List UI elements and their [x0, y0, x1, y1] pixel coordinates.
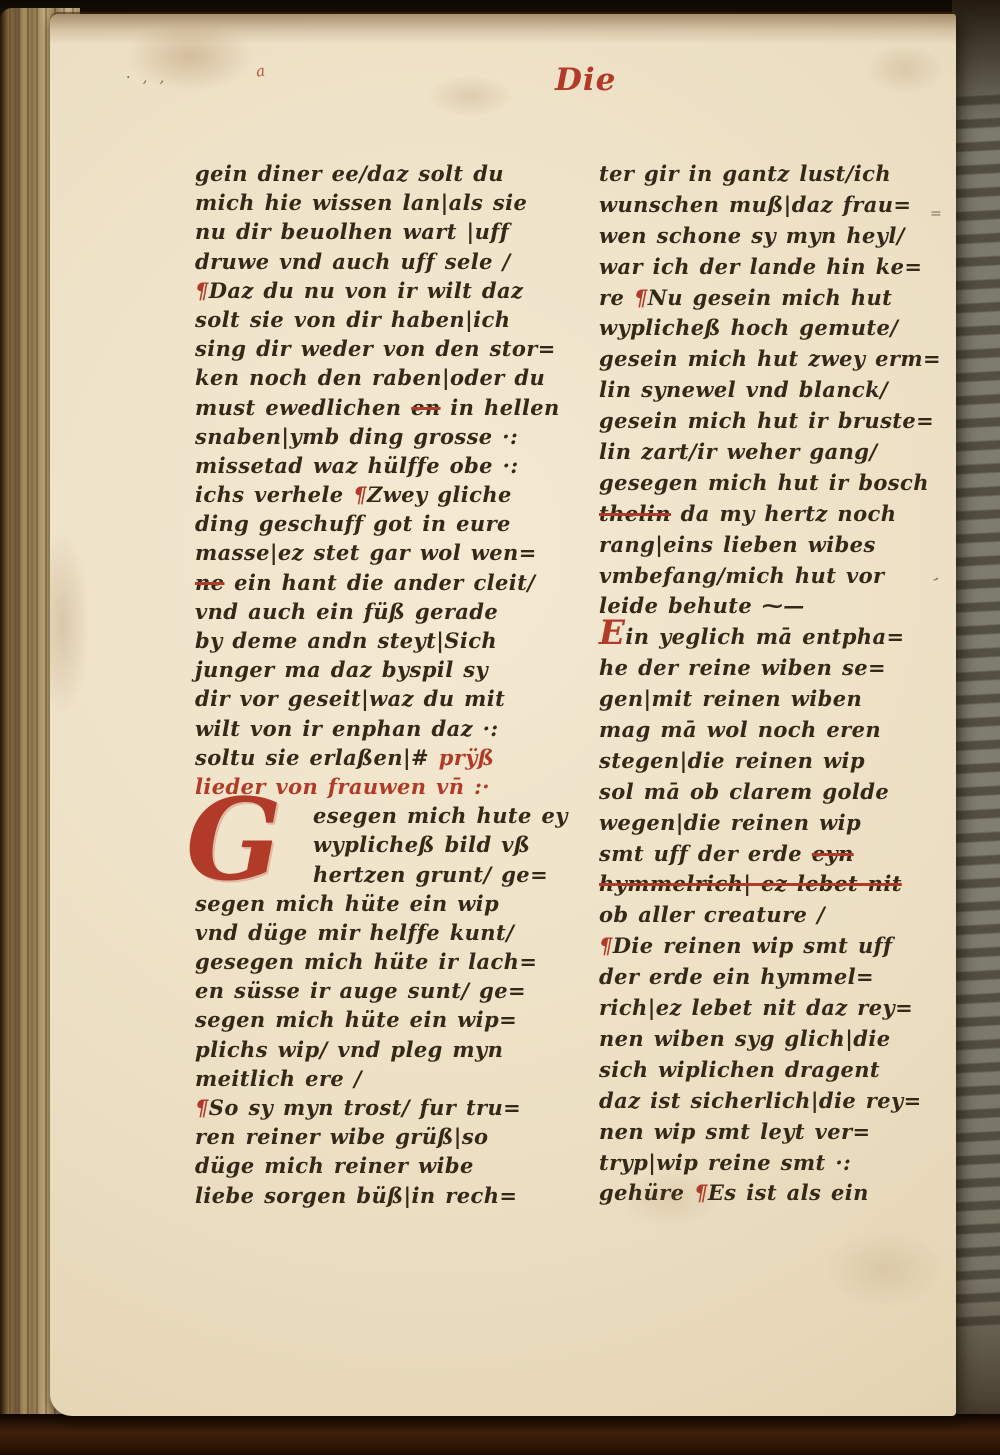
- manuscript-line: dir vor geseit|waz du mit: [195, 686, 575, 715]
- body-text: wyplicheß bild vß: [313, 832, 530, 857]
- body-text: düge mich reiner wibe: [195, 1153, 474, 1178]
- body-text: Zwey gliche: [367, 482, 512, 507]
- manuscript-line: must ewedlichen en in hellen: [195, 395, 575, 424]
- body-text: nen wiben syg glich|die: [599, 1026, 890, 1051]
- manuscript-line: meitlich ere /: [195, 1066, 575, 1095]
- manuscript-line: mich hie wissen lan|als sie: [195, 190, 575, 219]
- manuscript-line: mag mā wol noch eren: [599, 717, 969, 748]
- body-text: ob aller creature /: [599, 902, 825, 927]
- body-text: masse|ez stet gar wol wen=: [195, 540, 537, 565]
- body-text: rang|eins lieben wibes: [599, 532, 876, 557]
- body-text: snaben|ymb ding grosse ·:: [195, 424, 518, 449]
- manuscript-line: plichs wip/ vnd pleg myn: [195, 1037, 575, 1066]
- body-text: ding geschuff got in eure: [195, 511, 511, 536]
- manuscript-line: wunschen muß|daz frau=: [599, 192, 969, 223]
- manuscript-line: sich wiplichen dragent: [599, 1057, 969, 1088]
- body-text: daz ist sicherlich|die rey=: [599, 1088, 922, 1113]
- manuscript-line: junger ma daz byspil sy: [195, 657, 575, 686]
- body-text: segen mich hüte ein wip=: [195, 1007, 517, 1032]
- body-text: nu dir beuolhen wart |uff: [195, 219, 509, 244]
- manuscript-line: solt sie von dir haben|ich: [195, 307, 575, 336]
- body-text: nen wip smt leyt ver=: [599, 1119, 871, 1144]
- margin-red-mark: a: [255, 61, 266, 80]
- manuscript-line: sol mā ob clarem golde: [599, 779, 969, 810]
- table-surface: [0, 1414, 1000, 1455]
- body-text: tryp|wip reine smt ·:: [599, 1150, 851, 1175]
- manuscript-line: ob aller creature /: [599, 902, 969, 933]
- body-text: gesein mich hut ir bruste=: [599, 408, 934, 433]
- manuscript-line: der erde ein hymmel=: [599, 964, 969, 995]
- manuscript-line: wyplicheß bild vß: [313, 832, 575, 861]
- manuscript-line: masse|ez stet gar wol wen=: [195, 540, 575, 569]
- manuscript-line: snaben|ymb ding grosse ·:: [195, 424, 575, 453]
- manuscript-line: leide behute ⁓—: [599, 593, 969, 624]
- manuscript-line: soltu sie erlaßen|# prÿß: [195, 745, 575, 774]
- body-text: Daz du nu von ir wilt daz: [209, 278, 524, 303]
- body-text: re: [599, 285, 634, 310]
- body-text: junger ma daz byspil sy: [195, 657, 488, 682]
- body-text: ren reiner wibe grüß|so: [195, 1124, 488, 1149]
- manuscript-line: gesein mich hut ir bruste=: [599, 408, 969, 439]
- body-text: solt sie von dir haben|ich: [195, 307, 510, 332]
- text-column-right: ter gir in gantz lust/ichwunschen muß|da…: [599, 161, 969, 1211]
- struck-text: ne: [195, 570, 224, 595]
- manuscript-line: thelin da my hertz noch: [599, 501, 969, 532]
- rubric-text: ¶: [195, 278, 209, 303]
- manuscript-page: Die · , , a = ‚ G gein diner ee/daz solt…: [50, 14, 956, 1416]
- manuscript-line: gesegen mich hut ir bosch: [599, 470, 969, 501]
- struck-text: hymmelrich| ez lebet nit: [599, 871, 902, 896]
- manuscript-line: düge mich reiner wibe: [195, 1153, 575, 1182]
- manuscript-line: sing dir weder von den stor=: [195, 336, 575, 365]
- body-text: smt uff der erde: [599, 841, 812, 866]
- body-text: sich wiplichen dragent: [599, 1057, 880, 1082]
- manuscript-line: ichs verhele ¶Zwey gliche: [195, 482, 575, 511]
- manuscript-line: daz ist sicherlich|die rey=: [599, 1088, 969, 1119]
- running-title: Die: [555, 62, 616, 98]
- manuscript-line: missetad waz hülffe obe ·:: [195, 453, 575, 482]
- manuscript-line: ding geschuff got in eure: [195, 511, 575, 540]
- struck-text: en: [411, 395, 440, 420]
- rubric-text: ¶: [634, 285, 648, 310]
- manuscript-line: stegen|die reinen wip: [599, 748, 969, 779]
- manuscript-line: lieder von frauwen vn̄ :·: [195, 774, 575, 803]
- manuscript-line: lin zart/ir weher gang/: [599, 439, 969, 470]
- manuscript-line: lin synewel vnd blanck/: [599, 377, 969, 408]
- versal-letter: E: [599, 613, 625, 653]
- body-text: lin synewel vnd blanck/: [599, 377, 888, 402]
- body-text: missetad waz hülffe obe ·:: [195, 453, 519, 478]
- manuscript-line: Ein yeglich mā entpha=: [599, 624, 969, 655]
- body-text: in hellen: [441, 395, 560, 420]
- manuscript-line: wegen|die reinen wip: [599, 810, 969, 841]
- rubric-text: lieder von frauwen vn̄ :·: [195, 774, 490, 799]
- body-text: leide behute ⁓—: [599, 593, 805, 618]
- manuscript-line: rang|eins lieben wibes: [599, 532, 969, 563]
- body-text: rich|ez lebet nit daz rey=: [599, 995, 913, 1020]
- manuscript-line: tryp|wip reine smt ·:: [599, 1150, 969, 1181]
- body-text: vnd düge mir helffe kunt/: [195, 920, 514, 945]
- manuscript-line: liebe sorgen büß|in rech=: [195, 1183, 575, 1212]
- manuscript-line: segen mich hüte ein wip=: [195, 1007, 575, 1036]
- manuscript-line: ¶So sy myn trost/ fur tru=: [195, 1095, 575, 1124]
- manuscript-line: hymmelrich| ez lebet nit: [599, 871, 969, 902]
- margin-ink-mark: · , ,: [126, 70, 168, 86]
- manuscript-line: nen wiben syg glich|die: [599, 1026, 969, 1057]
- body-text: segen mich hüte ein wip: [195, 891, 499, 916]
- body-text: war ich der lande hin ke=: [599, 254, 922, 279]
- manuscript-line: ¶Die reinen wip smt uff: [599, 933, 969, 964]
- manuscript-line: vnd auch ein füß gerade: [195, 599, 575, 628]
- body-text: Es ist als ein: [708, 1180, 869, 1205]
- manuscript-line: he der reine wiben se=: [599, 655, 969, 686]
- body-text: stegen|die reinen wip: [599, 748, 865, 773]
- body-text: gesegen mich hüte ir lach=: [195, 949, 537, 974]
- manuscript-line: gehüre ¶Es ist als ein: [599, 1180, 969, 1211]
- manuscript-line: segen mich hüte ein wip: [195, 891, 575, 920]
- manuscript-line: ren reiner wibe grüß|so: [195, 1124, 575, 1153]
- rubric-text: ¶: [353, 482, 367, 507]
- rubric-text: ¶: [694, 1180, 708, 1205]
- manuscript-line: ¶Daz du nu von ir wilt daz: [195, 278, 575, 307]
- body-text: gein diner ee/daz solt du: [195, 161, 504, 186]
- manuscript-line: druwe vnd auch uff sele /: [195, 249, 575, 278]
- struck-text: thelin: [599, 501, 671, 526]
- manuscript-line: nu dir beuolhen wart |uff: [195, 219, 575, 248]
- body-text: wen schone sy myn heyl/: [599, 223, 905, 248]
- body-text: sol mā ob clarem golde: [599, 779, 889, 804]
- manuscript-line: rich|ez lebet nit daz rey=: [599, 995, 969, 1026]
- body-text: gesegen mich hut ir bosch: [599, 470, 929, 495]
- manuscript-line: re ¶Nu gesein mich hut: [599, 285, 969, 316]
- body-text: vmbefang/mich hut vor: [599, 563, 885, 588]
- body-text: in yeglich mā entpha=: [625, 624, 904, 649]
- manuscript-line: gesein mich hut zwey erm=: [599, 346, 969, 377]
- manuscript-line: ne ein hant die ander cleit/: [195, 570, 575, 599]
- body-text: wyplicheß hoch gemute/: [599, 315, 898, 340]
- body-text: hertzen grunt/ ge=: [313, 862, 548, 887]
- rubric-text: ¶: [599, 933, 613, 958]
- body-text: gehüre: [599, 1180, 694, 1205]
- body-text: liebe sorgen büß|in rech=: [195, 1183, 517, 1208]
- body-text: mich hie wissen lan|als sie: [195, 190, 527, 215]
- manuscript-line: gen|mit reinen wiben: [599, 686, 969, 717]
- rubric-text: prÿß: [439, 745, 495, 770]
- body-text: ein hant die ander cleit/: [224, 570, 535, 595]
- manuscript-line: ter gir in gantz lust/ich: [599, 161, 969, 192]
- body-text: Nu gesein mich hut: [648, 285, 893, 310]
- body-text: So sy myn trost/ fur tru=: [209, 1095, 521, 1120]
- body-text: druwe vnd auch uff sele /: [195, 249, 511, 274]
- manuscript-photograph: Die · , , a = ‚ G gein diner ee/daz solt…: [0, 0, 1000, 1455]
- body-text: ter gir in gantz lust/ich: [599, 161, 891, 186]
- manuscript-line: war ich der lande hin ke=: [599, 254, 969, 285]
- body-text: soltu sie erlaßen|#: [195, 745, 439, 770]
- body-text: wegen|die reinen wip: [599, 810, 861, 835]
- manuscript-line: esegen mich hute ey: [313, 803, 575, 832]
- manuscript-line: nen wip smt leyt ver=: [599, 1119, 969, 1150]
- manuscript-line: wen schone sy myn heyl/: [599, 223, 969, 254]
- manuscript-line: gesegen mich hüte ir lach=: [195, 949, 575, 978]
- body-text: dir vor geseit|waz du mit: [195, 686, 505, 711]
- manuscript-line: en süsse ir auge sunt/ ge=: [195, 978, 575, 1007]
- body-text: lin zart/ir weher gang/: [599, 439, 877, 464]
- struck-text: eyn: [812, 841, 854, 866]
- manuscript-line: vnd düge mir helffe kunt/: [195, 920, 575, 949]
- manuscript-line: gein diner ee/daz solt du: [195, 161, 575, 190]
- body-text: wilt von ir enphan daz ·:: [195, 716, 499, 741]
- body-text: Die reinen wip smt uff: [613, 933, 893, 958]
- body-text: gen|mit reinen wiben: [599, 686, 862, 711]
- body-text: der erde ein hymmel=: [599, 964, 874, 989]
- body-text: plichs wip/ vnd pleg myn: [195, 1037, 503, 1062]
- text-column-left: gein diner ee/daz solt dumich hie wissen…: [195, 161, 575, 1212]
- body-text: ken noch den raben|oder du: [195, 365, 545, 390]
- body-text: en süsse ir auge sunt/ ge=: [195, 978, 526, 1003]
- body-text: he der reine wiben se=: [599, 655, 886, 680]
- body-text: esegen mich hute ey: [313, 803, 568, 828]
- body-text: must ewedlichen: [195, 395, 411, 420]
- manuscript-line: hertzen grunt/ ge=: [313, 862, 575, 891]
- body-text: mag mā wol noch eren: [599, 717, 881, 742]
- body-text: by deme andn steyt|Sich: [195, 628, 497, 653]
- manuscript-line: wyplicheß hoch gemute/: [599, 315, 969, 346]
- body-text: ichs verhele: [195, 482, 353, 507]
- rubric-text: ¶: [195, 1095, 209, 1120]
- manuscript-line: smt uff der erde eyn: [599, 841, 969, 872]
- manuscript-line: ken noch den raben|oder du: [195, 365, 575, 394]
- body-text: sing dir weder von den stor=: [195, 336, 556, 361]
- body-text: da my hertz noch: [671, 501, 896, 526]
- body-text: gesein mich hut zwey erm=: [599, 346, 941, 371]
- manuscript-line: vmbefang/mich hut vor: [599, 563, 969, 594]
- body-text: meitlich ere /: [195, 1066, 362, 1091]
- manuscript-line: wilt von ir enphan daz ·:: [195, 716, 575, 745]
- body-text: wunschen muß|daz frau=: [599, 192, 911, 217]
- body-text: vnd auch ein füß gerade: [195, 599, 498, 624]
- manuscript-line: by deme andn steyt|Sich: [195, 628, 575, 657]
